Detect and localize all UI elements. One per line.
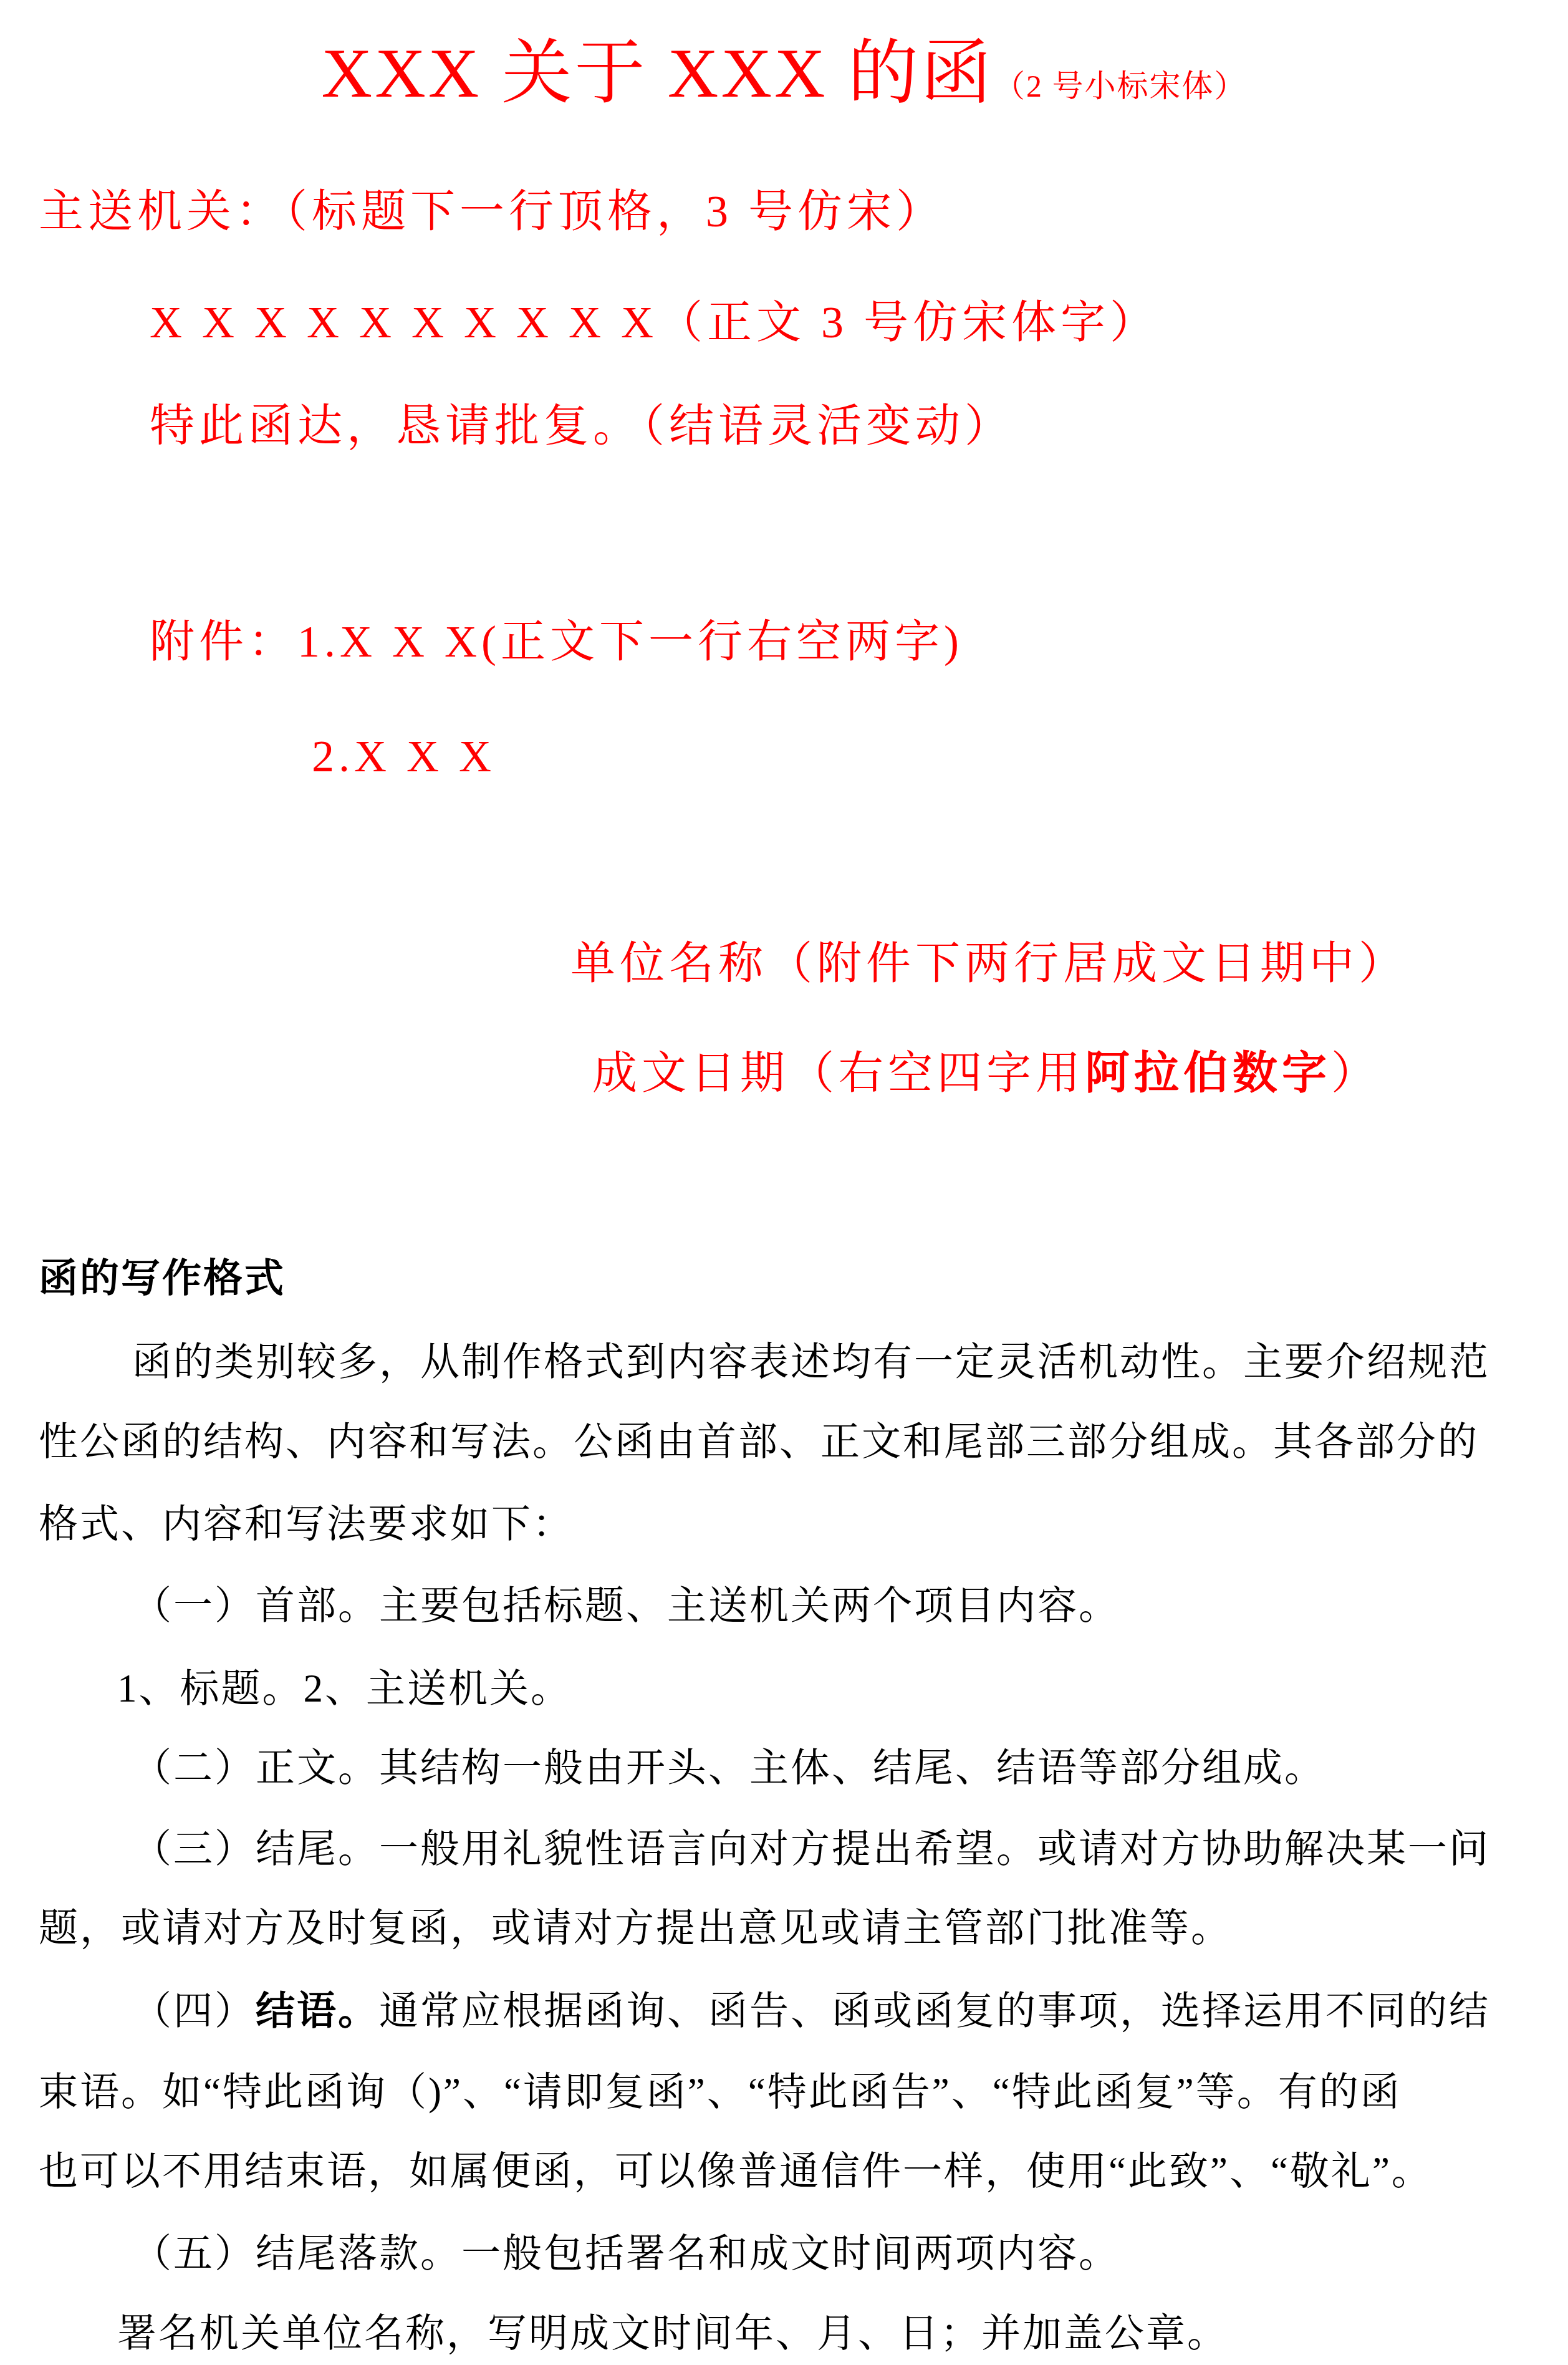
guide-item4-pre: （四） [132, 1989, 256, 2033]
date-line: 成文日期（右空四字用阿拉伯数字） [592, 1046, 1380, 1100]
guide-item2-line: （二）正文。其结构一般由开头、主体、结尾、结语等部分组成。 [132, 1744, 1325, 1791]
closing-phrase-line: 特此函达，恳请批复。（结语灵活变动） [150, 399, 1014, 453]
letter-title-font-note: （2 号小标宋体） [994, 69, 1247, 104]
attachment-line-1: 附件：1.X X X(正文下一行右空两字) [150, 615, 963, 668]
guide-item3-line1: （三）结尾。一般用礼貌性语言向对方提出希望。或请对方协助解决某一问 [132, 1825, 1490, 1872]
guide-heading: 函的写作格式 [39, 1255, 286, 1302]
guide-closing-note-line: 署名机关单位名称，写明成文时间年、月、日；并加盖公章。 [117, 2310, 1228, 2357]
guide-item3-line2: 题，或请对方及时复函，或请对方提出意见或请主管部门批准等。 [39, 1904, 1232, 1952]
guide-para1-line1: 函的类别较多，从制作格式到内容表述均有一定灵活机动性。主要介绍规范 [132, 1338, 1490, 1385]
guide-item4-line2: 束语。如“特此函询（)”、“请即复函”、“特此函告”、“特此函复”等。有的函 [39, 2068, 1402, 2116]
guide-item4-post: 通常应根据函询、函告、函或函复的事项，选择运用不同的结 [379, 1989, 1490, 2033]
attachment-line-2: 2.X X X [312, 730, 496, 783]
body-placeholder-line: X X X X X X X X X X（正文 3 号仿宋体字） [150, 296, 1159, 349]
guide-item4-line1: （四）结语。通常应根据函询、函告、函或函复的事项，选择运用不同的结 [132, 1987, 1490, 2035]
guide-item5-line: （五）结尾落款。一般包括署名和成文时间两项内容。 [132, 2230, 1120, 2277]
guide-item4-line3: 也可以不用结束语，如属便函，可以像普通信件一样，使用“此致”、“敬礼”。 [39, 2147, 1433, 2195]
letter-title-text: XXX 关于 XXX 的函 [322, 34, 994, 112]
document-page: XXX 关于 XXX 的函（2 号小标宋体） 主送机关：（标题下一行顶格，3 号… [0, 0, 1568, 2365]
letter-title: XXX 关于 XXX 的函（2 号小标宋体） [0, 16, 1568, 117]
recipient-line: 主送机关：（标题下一行顶格，3 号仿宋） [39, 185, 945, 238]
guide-item1-line: （一）首部。主要包括标题、主送机关两个项目内容。 [132, 1582, 1120, 1629]
guide-item4-bold: 结语。 [256, 1989, 379, 2033]
date-line-post: ） [1331, 1048, 1380, 1098]
guide-para1-line2: 性公函的结构、内容和写法。公函由首部、正文和尾部三部分组成。其各部分的 [39, 1418, 1479, 1465]
guide-para1-line3: 格式、内容和写法要求如下： [39, 1500, 574, 1548]
date-line-bold: 阿拉伯数字 [1085, 1048, 1331, 1098]
guide-item1-sub-line: 1、标题。2、主送机关。 [117, 1665, 572, 1712]
signature-line: 单位名称（附件下两行居成文日期中） [570, 937, 1408, 990]
date-line-pre: 成文日期（右空四字用 [592, 1048, 1085, 1098]
